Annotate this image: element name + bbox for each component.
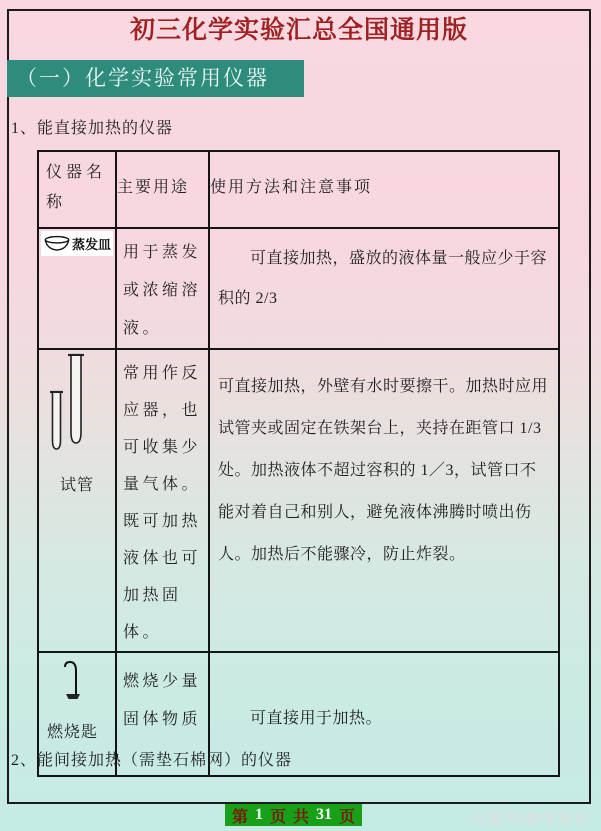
watermark: 百家号/教学有方 xyxy=(472,808,589,829)
evaporating-dish-glyph xyxy=(43,234,71,253)
instrument-name: 燃烧匙 xyxy=(47,719,98,742)
notes-cell: 可直接加热，外壁有水时要擦干。加热时应用试管夹或固定在铁架台上，夹持在距管口 1… xyxy=(209,349,559,652)
document-page: { "page": { "title": "初三化学实验汇总全国通用版", "s… xyxy=(0,0,601,831)
instrument-name: 试管 xyxy=(39,472,115,495)
instrument-cell: 试管 xyxy=(38,349,116,652)
table-row-test-tube: 试管 常用作反应器，也可收集少量气体。 既可加热液体也可加热固体。 可直接加热，… xyxy=(38,349,559,652)
instrument-name: 蒸发皿 xyxy=(72,234,111,253)
notes-cell: 可直接加热，盛放的液体量一般应少于容积的 2/3 xyxy=(209,228,559,349)
burning-spoon-icon xyxy=(59,658,87,704)
footer-text: 第 xyxy=(232,804,248,827)
section-heading: （一）化学实验常用仪器 xyxy=(7,60,304,97)
footer-total-pages: 31 xyxy=(316,806,332,824)
footer-text: 页 xyxy=(339,804,355,827)
section-heading-label: （一）化学实验常用仪器 xyxy=(16,66,269,90)
subsection-1-label: 1、能直接加热的仪器 xyxy=(11,115,173,138)
page-number-footer: 第 1 页 共 31 页 xyxy=(225,804,362,826)
instrument-table: 仪器名称 主要用途 使用方法和注意事项 蒸发皿 用于蒸发或浓缩溶液。 可直接加热… xyxy=(37,150,560,777)
instrument-cell: 蒸发皿 xyxy=(38,228,116,349)
footer-page-number: 1 xyxy=(255,806,263,824)
subsection-2-label: 2、能间接加热（需垫石棉网）的仪器 xyxy=(11,747,292,770)
evaporating-dish-icon: 蒸发皿 xyxy=(41,231,113,256)
table-header-row: 仪器名称 主要用途 使用方法和注意事项 xyxy=(38,151,559,228)
table-row-evaporating-dish: 蒸发皿 用于蒸发或浓缩溶液。 可直接加热，盛放的液体量一般应少于容积的 2/3 xyxy=(38,228,559,349)
column-header-notes: 使用方法和注意事项 xyxy=(209,151,559,228)
footer-text: 共 xyxy=(293,804,309,827)
column-header-usage: 主要用途 xyxy=(116,151,209,228)
usage-cell: 常用作反应器，也可收集少量气体。 既可加热液体也可加热固体。 xyxy=(116,349,209,652)
usage-cell: 用于蒸发或浓缩溶液。 xyxy=(116,228,209,349)
page-title: 初三化学实验汇总全国通用版 xyxy=(7,10,591,46)
column-header-instrument: 仪器名称 xyxy=(38,151,116,228)
test-tube-icon xyxy=(43,352,95,456)
footer-text: 页 xyxy=(270,804,286,827)
